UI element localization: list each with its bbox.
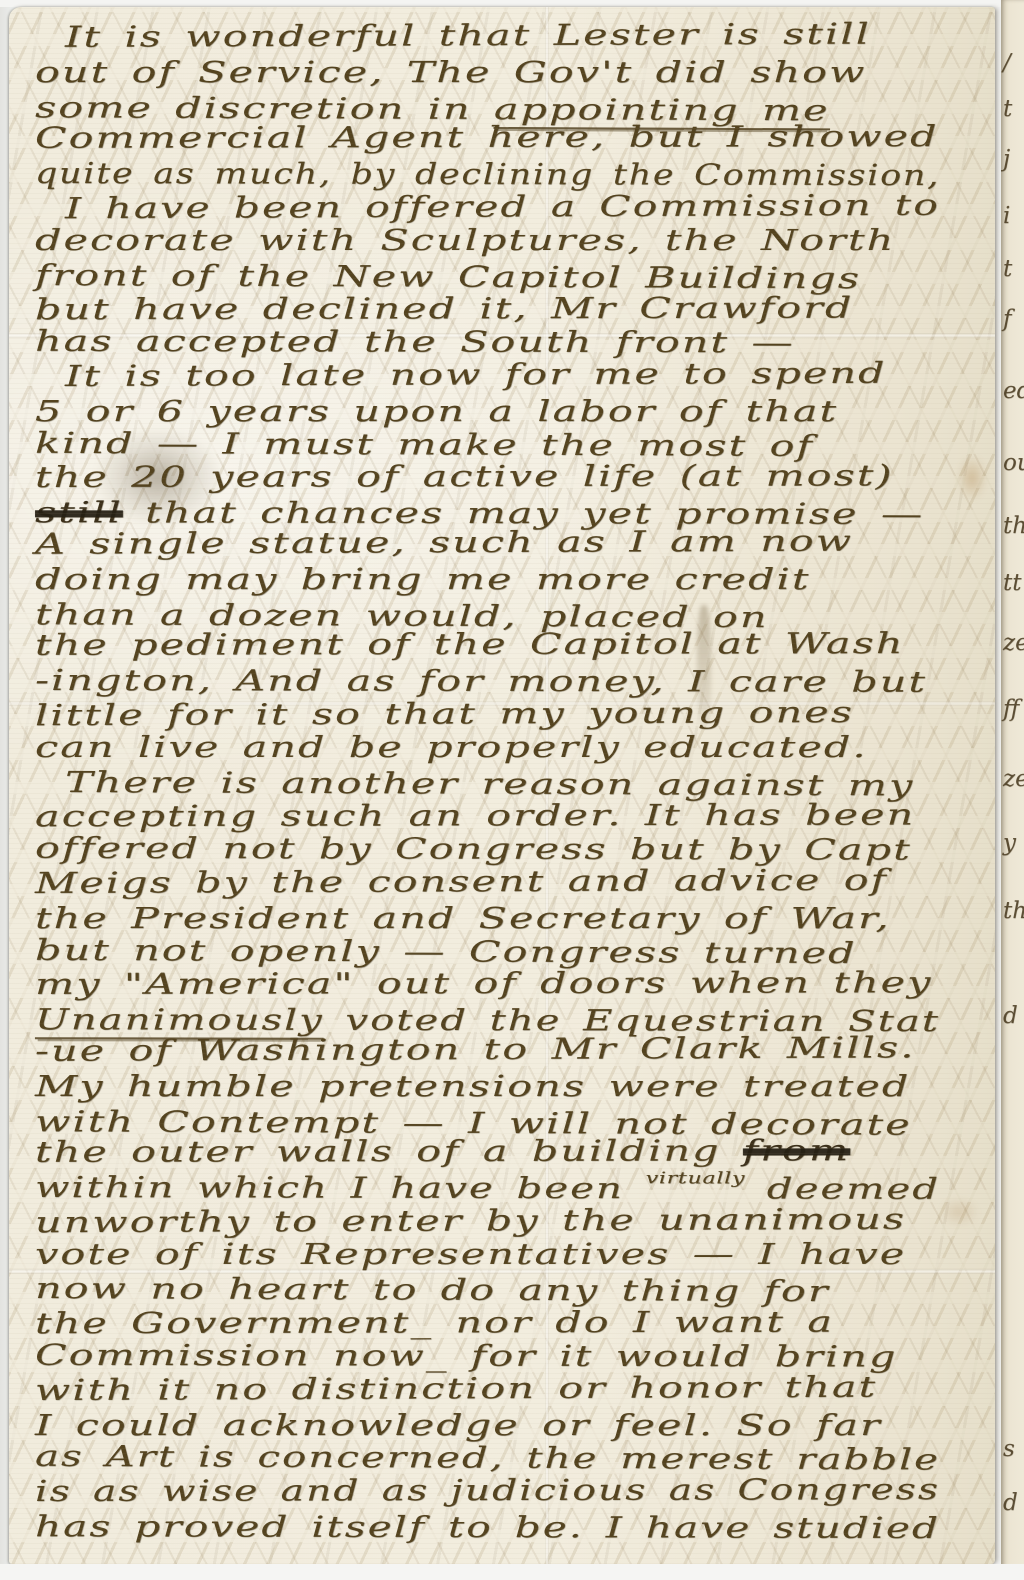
edge-writing-fragment: ed	[1003, 380, 1024, 403]
edge-writing-fragment: ou	[1003, 452, 1024, 475]
letter-text: doing may bring me more credit	[35, 562, 811, 596]
struck-out-word: from	[743, 1133, 850, 1167]
letter-line: is as wise and as judicious as Congress	[35, 1475, 981, 1509]
letter-text: I have been offered a Commission to	[65, 188, 940, 225]
scanner-background-bottom	[0, 1564, 1024, 1580]
letter-text: can live and be properly educated.	[35, 730, 868, 764]
edge-writing-fragment: t	[1003, 258, 1012, 281]
letter-line: There is another reason against my	[35, 766, 981, 800]
letter-line: I have been offered a Commission to	[35, 191, 981, 225]
letter-text: It is too late now for me to spend	[65, 356, 887, 393]
letter-text: the Government_ nor do I want a	[35, 1305, 834, 1341]
edge-writing-fragment: tt	[1003, 572, 1022, 595]
letter-line: Commercial Agent here, but I showed	[35, 123, 981, 157]
letter-text: the outer walls of a building	[35, 1134, 743, 1169]
letter-line: I could acknowledge or feel. So far	[35, 1408, 981, 1442]
letter-text: offered not by Congress but by Capt	[35, 831, 912, 867]
scanner-background-top	[0, 0, 1024, 7]
letter-line: vote of its Representatives — I have	[35, 1239, 981, 1273]
letter-line: the pediment of the Capitol at Wash	[35, 630, 981, 664]
letter-line: but have declined it, Mr Crawford	[35, 292, 981, 326]
edge-writing-fragment: f	[1003, 308, 1012, 331]
letter-text: kind — I must make the most of	[35, 425, 814, 462]
letter-text: with it no distinction or honor that	[35, 1370, 878, 1407]
edge-writing-fragment: th	[1003, 900, 1024, 923]
letter-text: little for it so that my young ones	[35, 695, 854, 732]
letter-line: accepting such an order. It has been	[35, 799, 981, 833]
letter-line: Commission now_ for it would bring	[35, 1340, 981, 1374]
letter-line: decorate with Sculptures, the North	[35, 225, 981, 259]
letter-text: vote of its Representatives — I have	[35, 1236, 906, 1270]
letter-line: now no heart to do any thing for	[35, 1272, 981, 1306]
letter-text: decorate with Sculptures, the North	[35, 223, 895, 257]
edge-writing-fragment: ff	[1003, 698, 1019, 721]
letter-line: doing may bring me more credit	[35, 563, 981, 597]
letter-text: is as wise and as judicious as Congress	[35, 1472, 940, 1508]
edge-writing-fragment: th	[1003, 515, 1024, 538]
letter-line: has accepted the South front —	[35, 326, 981, 360]
letter-line: but not openly — Congress turned	[35, 935, 981, 969]
letter-line: as Art is concerned, the merest rabble	[35, 1441, 981, 1475]
letter-line: -ue of Washington to Mr Clark Mills.	[35, 1036, 981, 1070]
letter-line: the President and Secretary of War,	[35, 901, 981, 935]
inserted-word: virtually	[646, 1161, 746, 1195]
letter-line: quite as much, by declining the Commissi…	[35, 157, 981, 191]
edge-writing-fragment: /	[1003, 52, 1011, 75]
edge-writing-fragment: ze	[1003, 768, 1024, 791]
letter-text: the 20 years of active life (at most)	[35, 459, 894, 495]
struck-out-word: still	[35, 495, 123, 529]
letter-line: has proved itself to be. I have studied	[35, 1509, 981, 1543]
letter-text: but not openly — Congress turned	[35, 932, 857, 969]
letter-line: can live and be properly educated.	[35, 732, 981, 766]
letter-line: My humble pretensions were treated	[35, 1070, 981, 1104]
letter-text: now no heart to do any thing for	[35, 1271, 830, 1308]
letter-text: unworthy to enter by the unanimous	[35, 1202, 906, 1239]
letter-line: Meigs by the consent and advice of	[35, 867, 981, 901]
edge-writing-fragment: s	[1003, 1438, 1015, 1461]
letter-line: -ington, And as for money, I care but	[35, 664, 981, 698]
letter-text: front of the New Capitol Buildings	[35, 258, 861, 295]
letter-page: It is wonderful that Lester is stillout …	[9, 7, 995, 1564]
letter-text: has accepted the South front —	[35, 324, 795, 359]
handwritten-text-block: It is wonderful that Lester is stillout …	[35, 22, 981, 1543]
edge-writing-fragment: j	[1003, 148, 1010, 171]
letter-line: It is too late now for me to spend	[35, 360, 981, 394]
letter-line: front of the New Capitol Buildings	[35, 259, 981, 293]
letter-text: -ue of Washington to Mr Clark Mills.	[35, 1030, 916, 1067]
letter-text: I could acknowledge or feel. So far	[35, 1408, 882, 1442]
letter-text: 5 or 6 years upon a labor of that	[35, 394, 838, 428]
letter-line: It is wonderful that Lester is still	[35, 22, 981, 56]
letter-text: the President and Secretary of War,	[35, 901, 891, 935]
letter-line: the Government_ nor do I want a	[35, 1306, 981, 1340]
letter-text: has proved itself to be. I have studied	[35, 1509, 940, 1545]
letter-text: the pediment of the Capitol at Wash	[35, 626, 905, 662]
letter-line: little for it so that my young ones	[35, 698, 981, 732]
letter-text: but have declined it, Mr Crawford	[35, 291, 854, 327]
edge-writing-fragment: ze	[1003, 632, 1024, 655]
letter-line: 5 or 6 years upon a labor of that	[35, 394, 981, 428]
letter-text: It is wonderful that Lester is still	[65, 17, 871, 54]
letter-text: accepting such an order. It has been	[35, 798, 915, 834]
letter-line: with it no distinction or honor that	[35, 1374, 981, 1408]
letter-line: unworthy to enter by the unanimous	[35, 1205, 981, 1239]
letter-line: within which I have been virtually deeme…	[35, 1171, 981, 1205]
adjacent-page-edge: /tjitfedouthttzeffzeythdsd	[1001, 0, 1024, 1580]
letter-text: deemed	[745, 1172, 940, 1206]
letter-text: -ington, And as for money, I care but	[35, 663, 927, 699]
letter-text: as Art is concerned, the merest rabble	[35, 1439, 940, 1477]
letter-line: my "America" out of doors when they	[35, 968, 981, 1002]
letter-scan: It is wonderful that Lester is stillout …	[0, 0, 1024, 1580]
letter-line: kind — I must make the most of	[35, 428, 981, 462]
letter-line: the 20 years of active life (at most)	[35, 461, 981, 495]
letter-text: out of Service, The Gov't did show	[35, 55, 866, 89]
edge-writing-fragment: d	[1003, 1005, 1018, 1028]
letter-line: out of Service, The Gov't did show	[35, 56, 981, 90]
letter-line: the outer walls of a building from	[35, 1137, 981, 1171]
letter-line: A single statue, such as I am now	[35, 529, 981, 563]
letter-text: Commission now_ for it would bring	[35, 1338, 898, 1374]
edge-writing-fragment: t	[1003, 98, 1012, 121]
letter-text: within which I have been	[35, 1170, 646, 1205]
letter-text: My humble pretensions were treated	[35, 1069, 910, 1103]
letter-text: my "America" out of doors when they	[35, 966, 933, 1002]
letter-text: A single statue, such as I am now	[35, 524, 853, 561]
letter-text: quite as much, by declining the Commissi…	[35, 156, 940, 192]
edge-writing-fragment: y	[1003, 832, 1016, 855]
edge-writing-fragment: i	[1003, 205, 1010, 228]
letter-text: Commercial Agent here, but I showed	[35, 119, 939, 155]
letter-text: Meigs by the consent and advice of	[35, 863, 888, 900]
edge-writing-fragment: d	[1003, 1492, 1018, 1515]
letter-text: There is another reason against my	[65, 765, 915, 802]
